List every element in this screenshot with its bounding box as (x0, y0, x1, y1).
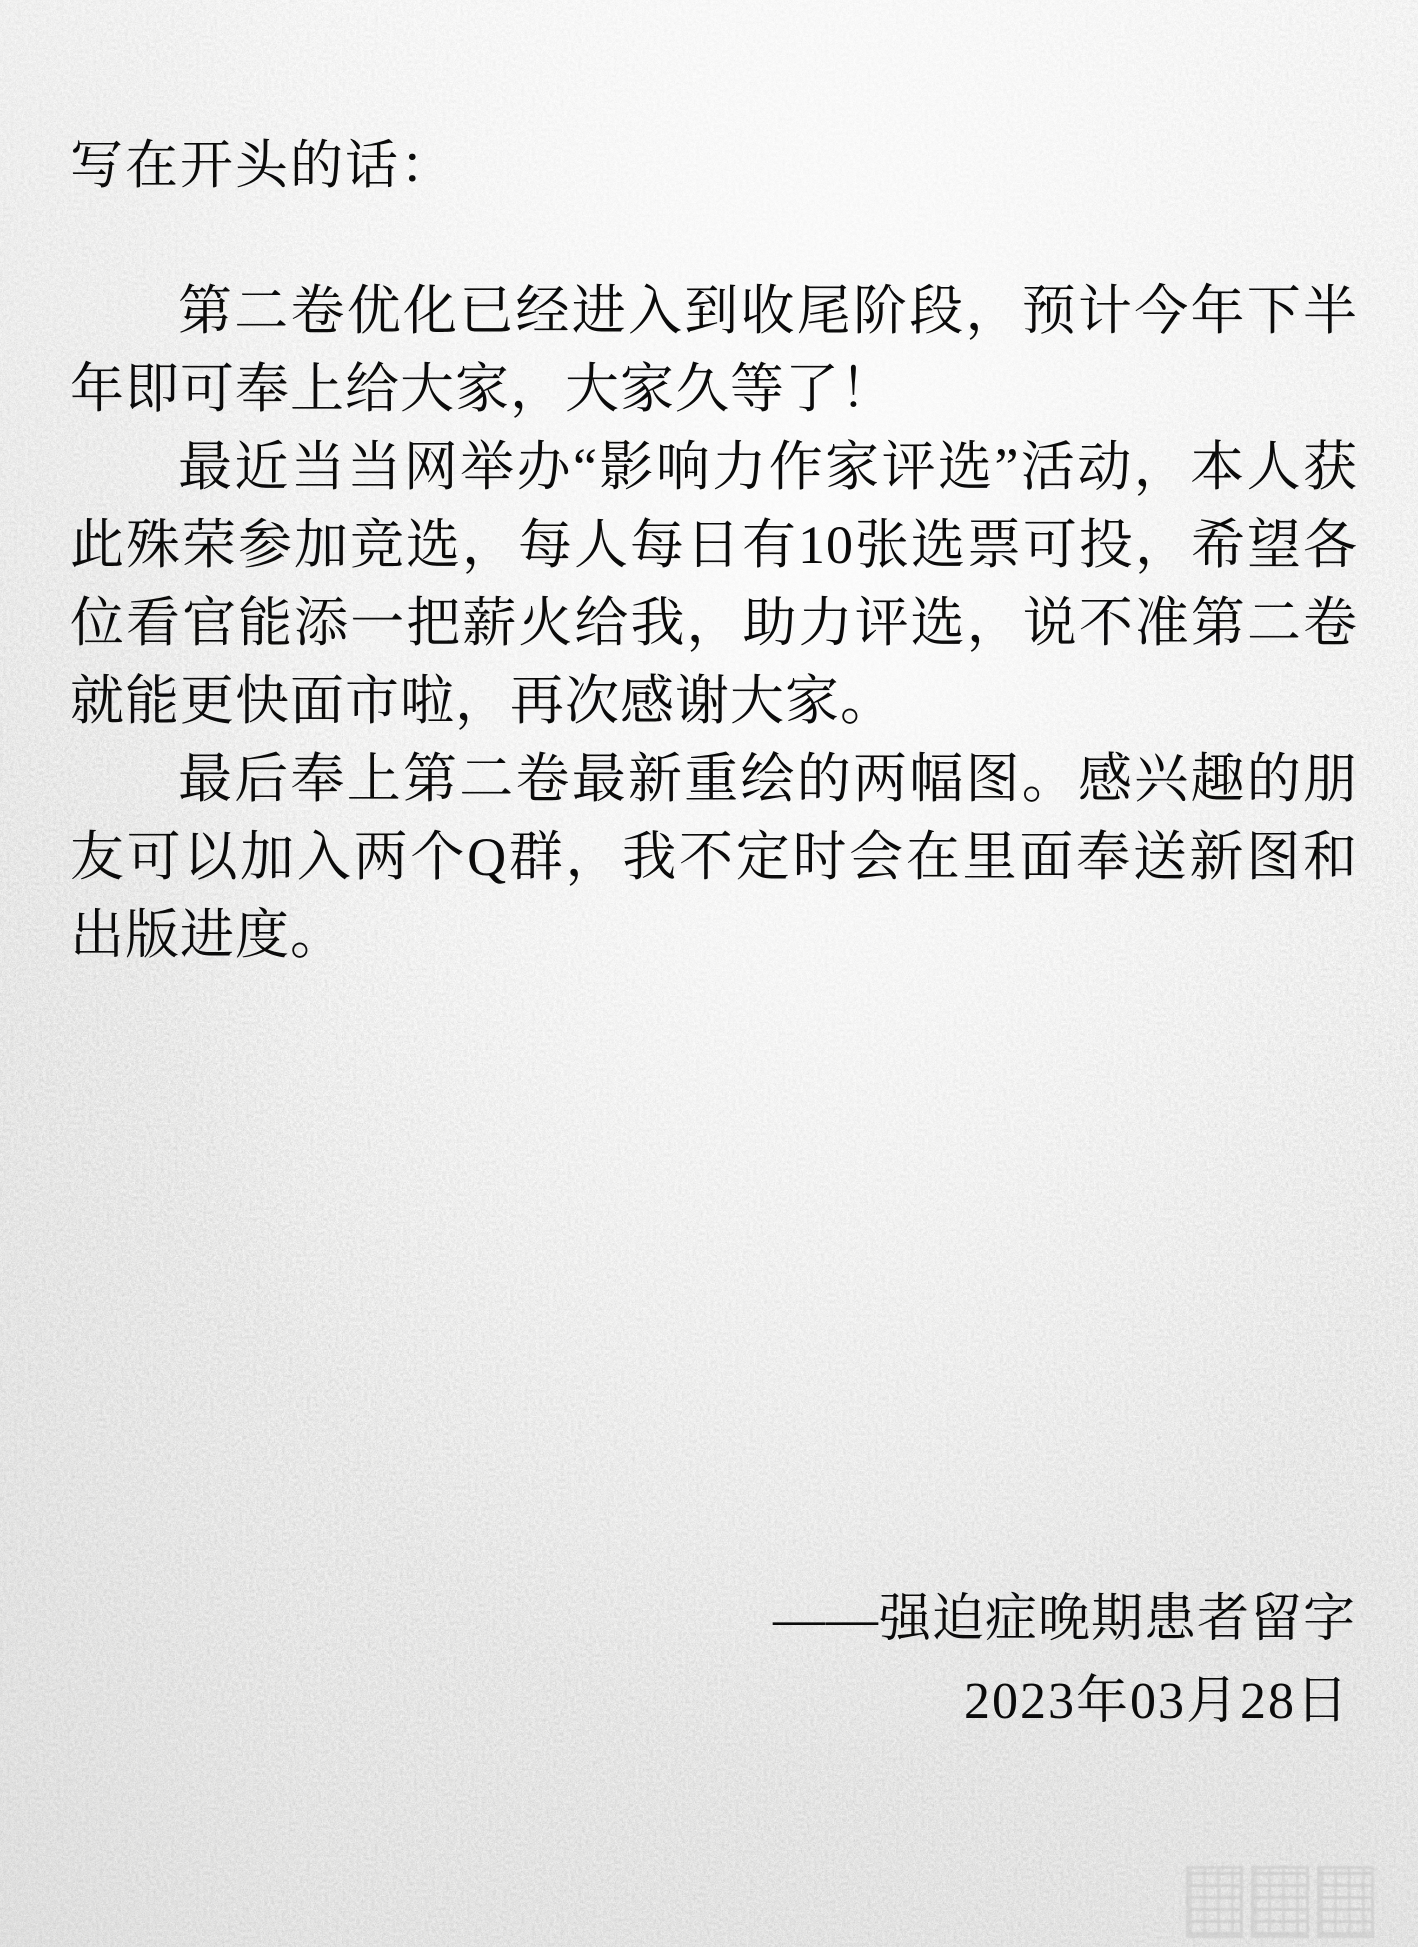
watermark-glyph (1251, 1866, 1308, 1938)
note-paragraph-1: 第二卷优化已经进入到收尾阶段，预计今年下半年即可奉上给大家，大家久等了！ (70, 272, 1358, 428)
note-title: 写在开头的话： (70, 126, 1358, 206)
note-paragraph-2: 最近当当网举办“影响力作家评选”活动，本人获此殊荣参加竞选，每人每日有10张选票… (70, 428, 1358, 740)
watermark-glyph (1317, 1866, 1374, 1938)
author-signature: ——强迫症晚期患者留字 (773, 1590, 1356, 1650)
note-date: 2023年03月28日 (964, 1672, 1350, 1732)
author-note-page: { "doc": { "title": "写在开头的话：", "paragrap… (0, 0, 1418, 1947)
site-watermark (1186, 1866, 1374, 1938)
note-paragraph-3: 最后奉上第二卷最新重绘的两幅图。感兴趣的朋友可以加入两个Q群，我不定时会在里面奉… (70, 740, 1358, 974)
note-body: 第二卷优化已经进入到收尾阶段，预计今年下半年即可奉上给大家，大家久等了！ 最近当… (70, 272, 1358, 974)
watermark-glyph (1186, 1866, 1243, 1938)
note-content: 写在开头的话： 第二卷优化已经进入到收尾阶段，预计今年下半年即可奉上给大家，大家… (70, 126, 1358, 974)
